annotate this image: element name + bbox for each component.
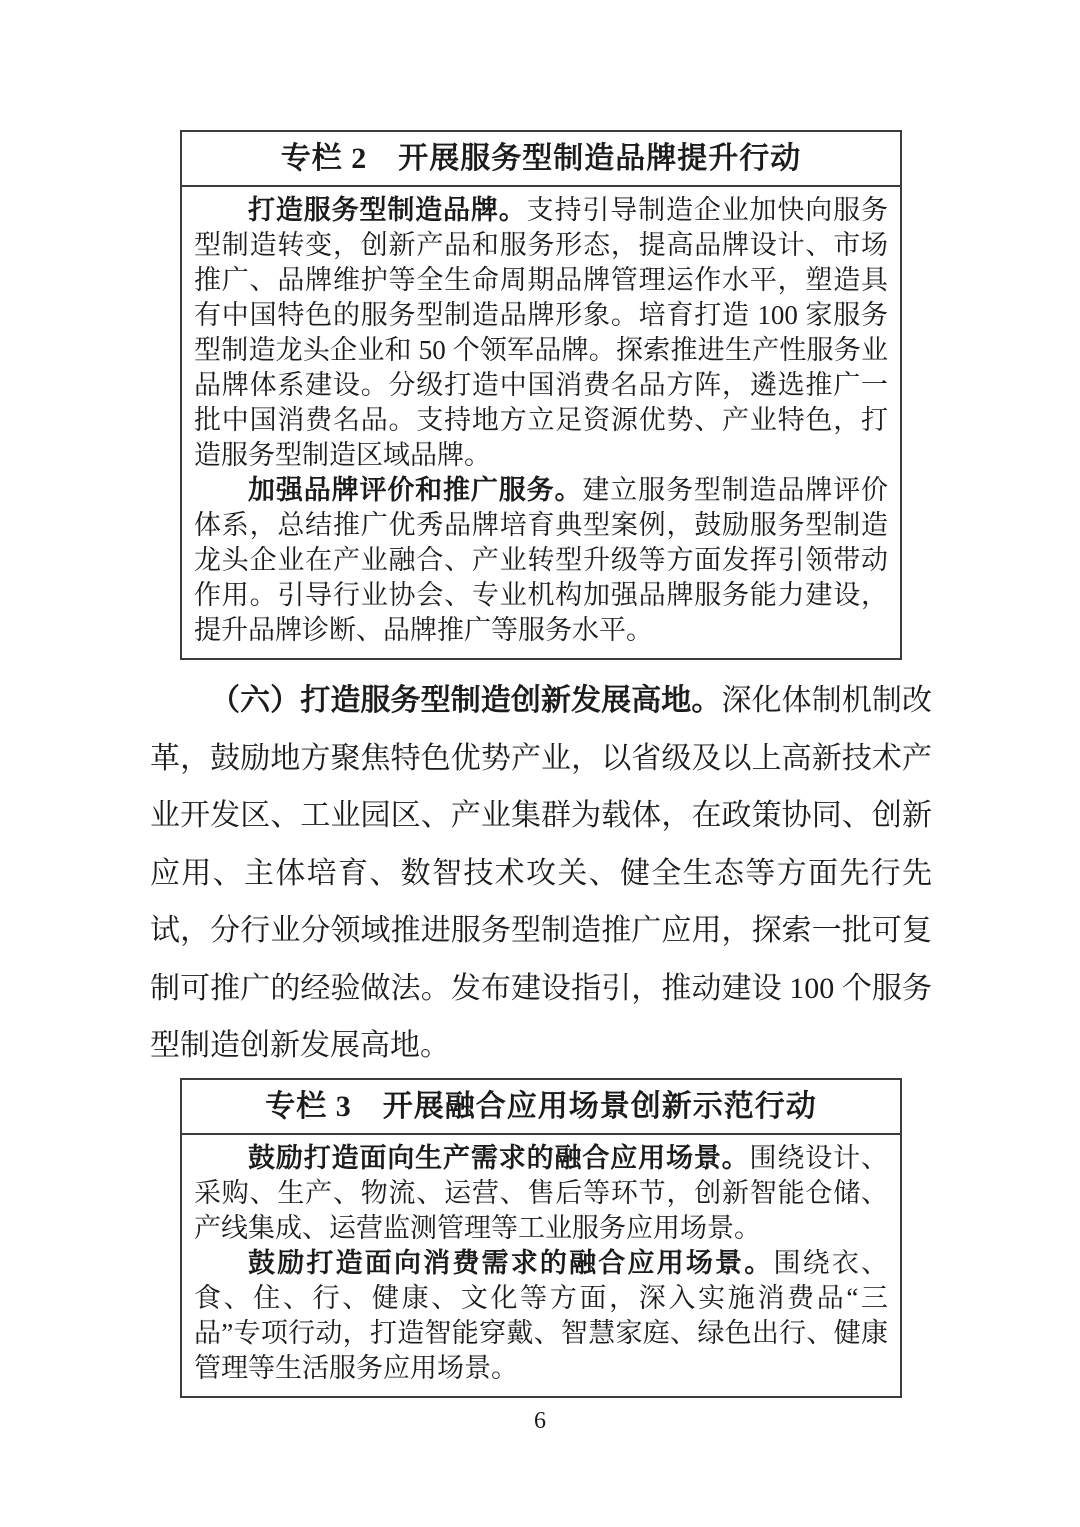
callout-box-3-paragraph-2: 鼓励打造面向消费需求的融合应用场景。围绕衣、食、住、行、健康、文化等方面，深入实… — [194, 1246, 888, 1386]
paragraph-lead: 鼓励打造面向生产需求的融合应用场景。 — [248, 1143, 750, 1173]
callout-box-3-title: 专栏 3 开展融合应用场景创新示范行动 — [182, 1080, 900, 1135]
callout-box-2-body: 打造服务型制造品牌。支持引导制造企业加快向服务型制造转变，创新产品和服务形态，提… — [182, 187, 900, 658]
callout-box-2-paragraph-2: 加强品牌评价和推广服务。建立服务型制造品牌评价体系，总结推广优秀品牌培育典型案例… — [194, 473, 888, 648]
callout-box-2-title: 专栏 2 开展服务型制造品牌提升行动 — [182, 132, 900, 187]
page-number: 6 — [0, 1408, 1080, 1435]
callout-box-2: 专栏 2 开展服务型制造品牌提升行动 打造服务型制造品牌。支持引导制造企业加快向… — [180, 130, 902, 660]
callout-box-3-body: 鼓励打造面向生产需求的融合应用场景。围绕设计、采购、生产、物流、运营、售后等环节… — [182, 1135, 900, 1396]
section-text: 深化体制机制改革，鼓励地方聚焦特色优势产业，以省级及以上高新技术产业开发区、工业… — [150, 684, 932, 1062]
document-page: 专栏 2 开展服务型制造品牌提升行动 打造服务型制造品牌。支持引导制造企业加快向… — [0, 0, 1080, 1527]
section-six: （六）打造服务型制造创新发展高地。深化体制机制改革，鼓励地方聚焦特色优势产业，以… — [150, 672, 932, 1075]
paragraph-lead: 打造服务型制造品牌。 — [248, 195, 527, 225]
callout-box-3-paragraph-1: 鼓励打造面向生产需求的融合应用场景。围绕设计、采购、生产、物流、运营、售后等环节… — [194, 1141, 888, 1246]
callout-box-2-paragraph-1: 打造服务型制造品牌。支持引导制造企业加快向服务型制造转变，创新产品和服务形态，提… — [194, 193, 888, 473]
paragraph-lead: 加强品牌评价和推广服务。 — [248, 475, 582, 505]
callout-box-3: 专栏 3 开展融合应用场景创新示范行动 鼓励打造面向生产需求的融合应用场景。围绕… — [180, 1078, 902, 1398]
section-lead: （六）打造服务型制造创新发展高地。 — [210, 684, 721, 717]
paragraph-lead: 鼓励打造面向消费需求的融合应用场景。 — [248, 1248, 773, 1278]
paragraph-text: 支持引导制造企业加快向服务型制造转变，创新产品和服务形态，提高品牌设计、市场推广… — [194, 195, 888, 470]
section-six-paragraph: （六）打造服务型制造创新发展高地。深化体制机制改革，鼓励地方聚焦特色优势产业，以… — [150, 672, 932, 1075]
